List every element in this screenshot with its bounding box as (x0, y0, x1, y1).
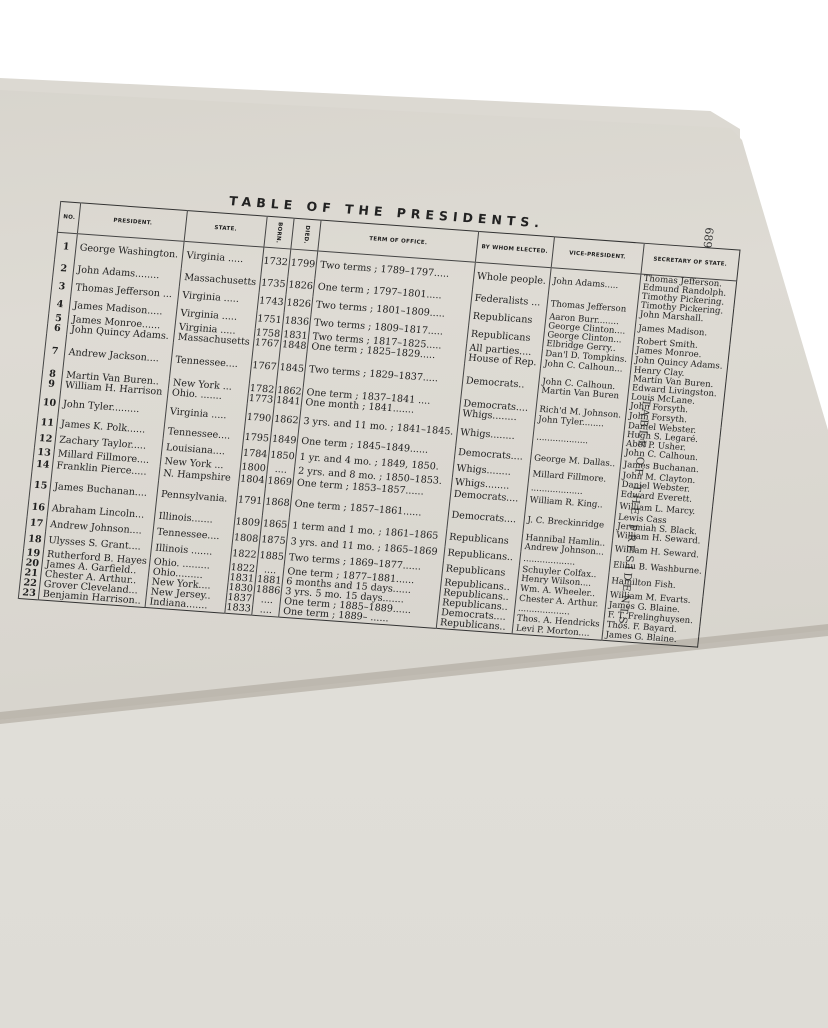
cell-died: 1826 (286, 276, 315, 296)
cell-died: 1862 (271, 406, 301, 435)
cell-no: 2 (53, 260, 75, 279)
name-line: William H. Seward. (614, 545, 704, 560)
presidents-table: NO. PRESIDENT. STATE. BORN. DIED. TERM O… (18, 201, 740, 648)
cell-no: 3 (51, 278, 73, 297)
cell-no: 14 (32, 458, 54, 473)
cell-no: 23 (18, 588, 39, 600)
cell-died: .... (252, 605, 280, 617)
name-line: Millard Fillmore. (532, 470, 616, 485)
cell-born: 1809 (233, 513, 262, 533)
cell-born: 1773 (247, 394, 275, 406)
name-line: John Adams..... (553, 277, 637, 292)
cell-died: 1868 (262, 488, 292, 517)
cell-no: 17 (26, 516, 48, 531)
page-number: 689 (701, 227, 716, 249)
printed-area: TABLE OF THE PRESIDENTS. 689 TABLE OF TH… (14, 185, 770, 683)
cell-no: 16 (27, 498, 49, 517)
cell-died: 1850 (268, 447, 297, 467)
cell-born: 1800 (239, 462, 267, 474)
header-died: DIED. (291, 218, 322, 251)
cell-born: 1743 (257, 292, 286, 312)
cell-no: 4 (49, 295, 71, 314)
cell-born: 1732 (260, 247, 290, 276)
cell-born: 1735 (259, 274, 288, 294)
cell-born: 1767 (249, 348, 280, 386)
cell-born: 1767 (253, 338, 281, 350)
header-born: BORN. (263, 216, 294, 249)
cell-died: 1799 (288, 249, 318, 278)
cell-born: 1833 (224, 603, 252, 615)
cell-died: 1826 (284, 294, 313, 314)
cell-born: 1790 (244, 404, 274, 433)
cell-born: 1791 (235, 486, 265, 515)
cell-no: 13 (33, 448, 54, 459)
cell-died: 1885 (257, 547, 286, 567)
cell-no: 11 (36, 416, 58, 431)
cell-died: 1865 (260, 515, 289, 535)
name-line: ................... (536, 434, 620, 449)
cell-died: 1848 (280, 340, 308, 352)
cell-died: 1841 (274, 396, 302, 408)
cell-died: 1845 (276, 350, 307, 388)
name-line: J. C. Breckinridge (527, 516, 611, 531)
name-line: Hamilton Fish. (611, 577, 701, 592)
